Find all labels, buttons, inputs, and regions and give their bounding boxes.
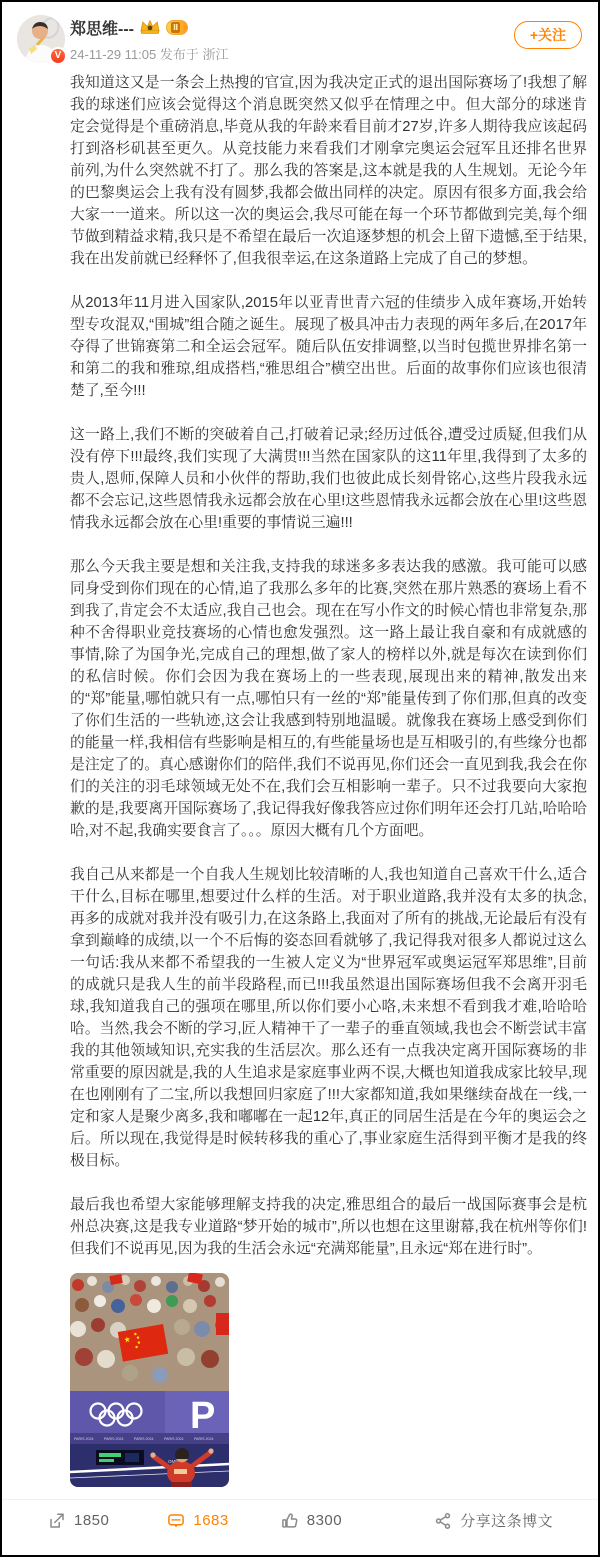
share-label: 分享这条博文 [460, 1510, 553, 1531]
comment-count: 1683 [193, 1512, 228, 1529]
svg-text:PARIS 2024: PARIS 2024 [194, 1437, 214, 1441]
vip-level-number: Ⅱ [171, 22, 180, 33]
svg-text:PARIS 2024: PARIS 2024 [74, 1437, 94, 1441]
post-paragraph: 我自己从来都是一个自我人生规划比较清晰的人,我也知道自己喜欢干什么,适合干什么,… [70, 864, 587, 1172]
comment-button[interactable]: 1683 [167, 1512, 228, 1530]
weibo-post-card: V 郑思维--- Ⅱ 24-11-29 11:05 发布于 浙江 +关注 [0, 0, 600, 1557]
user-name[interactable]: 郑思维--- [70, 16, 134, 39]
post-paragraph: 从2013年11月进入国家队,2015年以亚青世青六冠的佳绩步入成年赛场,开始转… [70, 292, 587, 402]
header-info: 郑思维--- Ⅱ 24-11-29 11:05 发布于 浙江 [70, 15, 583, 63]
comment-bubble-icon [167, 1512, 185, 1530]
post-photo-thumbnail[interactable]: P PARIS 2024PARIS 2024 PARIS 2024PARIS 2… [70, 1273, 229, 1487]
verified-v-icon: V [49, 47, 67, 65]
svg-text:PARIS 2024: PARIS 2024 [104, 1437, 124, 1441]
repost-button[interactable]: 1850 [48, 1512, 109, 1530]
svg-text:PARIS 2024: PARIS 2024 [134, 1437, 154, 1441]
svg-text:P: P [190, 1395, 215, 1437]
post-body: 我知道这又是一条会上热搜的官宣,因为我决定正式的退出国际赛场了!我想了解我的球迷… [70, 72, 587, 1260]
action-bar: 1850 1683 8300 [2, 1499, 598, 1541]
post-paragraph: 我知道这又是一条会上热搜的官宣,因为我决定正式的退出国际赛场了!我想了解我的球迷… [70, 72, 587, 270]
thumbs-up-icon [281, 1512, 299, 1530]
post-timestamp: 24-11-29 11:05 [70, 47, 156, 62]
vip-crown-icon [140, 19, 160, 35]
post-paragraph: 最后我也希望大家能够理解支持我的决定,雅思组合的最后一战国际赛事会是杭州总决赛,… [70, 1194, 587, 1260]
repost-icon [48, 1512, 66, 1530]
post-paragraph: 这一路上,我们不断的突破着自己,打破着记录;经历过低谷,遭受过质疑,但我们从没有… [70, 424, 587, 534]
post-header: V 郑思维--- Ⅱ 24-11-29 11:05 发布于 浙江 +关注 [2, 2, 598, 70]
repost-count: 1850 [74, 1512, 109, 1529]
follow-button[interactable]: +关注 [514, 21, 582, 49]
svg-text:PARIS 2024: PARIS 2024 [164, 1437, 184, 1441]
vip-level-badge: Ⅱ [166, 20, 188, 35]
share-nodes-icon [434, 1512, 452, 1530]
avatar[interactable]: V [17, 15, 65, 63]
post-meta: 24-11-29 11:05 发布于 浙江 [70, 44, 583, 63]
share-button[interactable]: 分享这条博文 [434, 1510, 553, 1531]
post-paragraph: 那么今天我主要是想和关注我,支持我的球迷多多表达我的感激。我可能可以感同身受到你… [70, 556, 587, 842]
like-count: 8300 [307, 1512, 342, 1529]
post-location: 发布于 浙江 [160, 47, 229, 62]
like-button[interactable]: 8300 [281, 1512, 342, 1530]
